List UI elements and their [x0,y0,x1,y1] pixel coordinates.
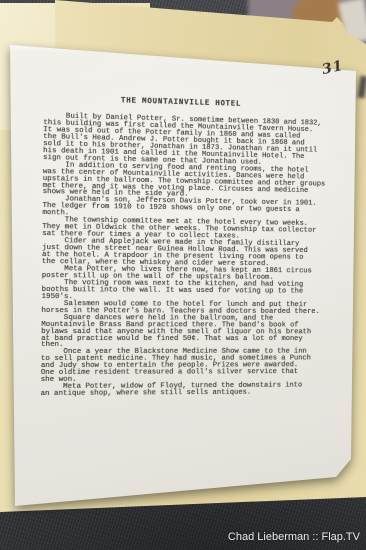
document-body: Built by Daniel Potter, Sr. sometime bet… [41,113,343,398]
photo-backdrop: THE MOUNTAINVILLE HOTEL Built by Daniel … [0,0,366,550]
document-text: THE MOUNTAINVILLE HOTEL Built by Daniel … [40,95,342,415]
text-line: an antique shop, where she still sells a… [41,389,340,398]
watermark: Chad Lieberman :: Flap.TV [228,531,360,543]
text-line: at band practice would be fined 50¢. Tha… [41,336,340,343]
